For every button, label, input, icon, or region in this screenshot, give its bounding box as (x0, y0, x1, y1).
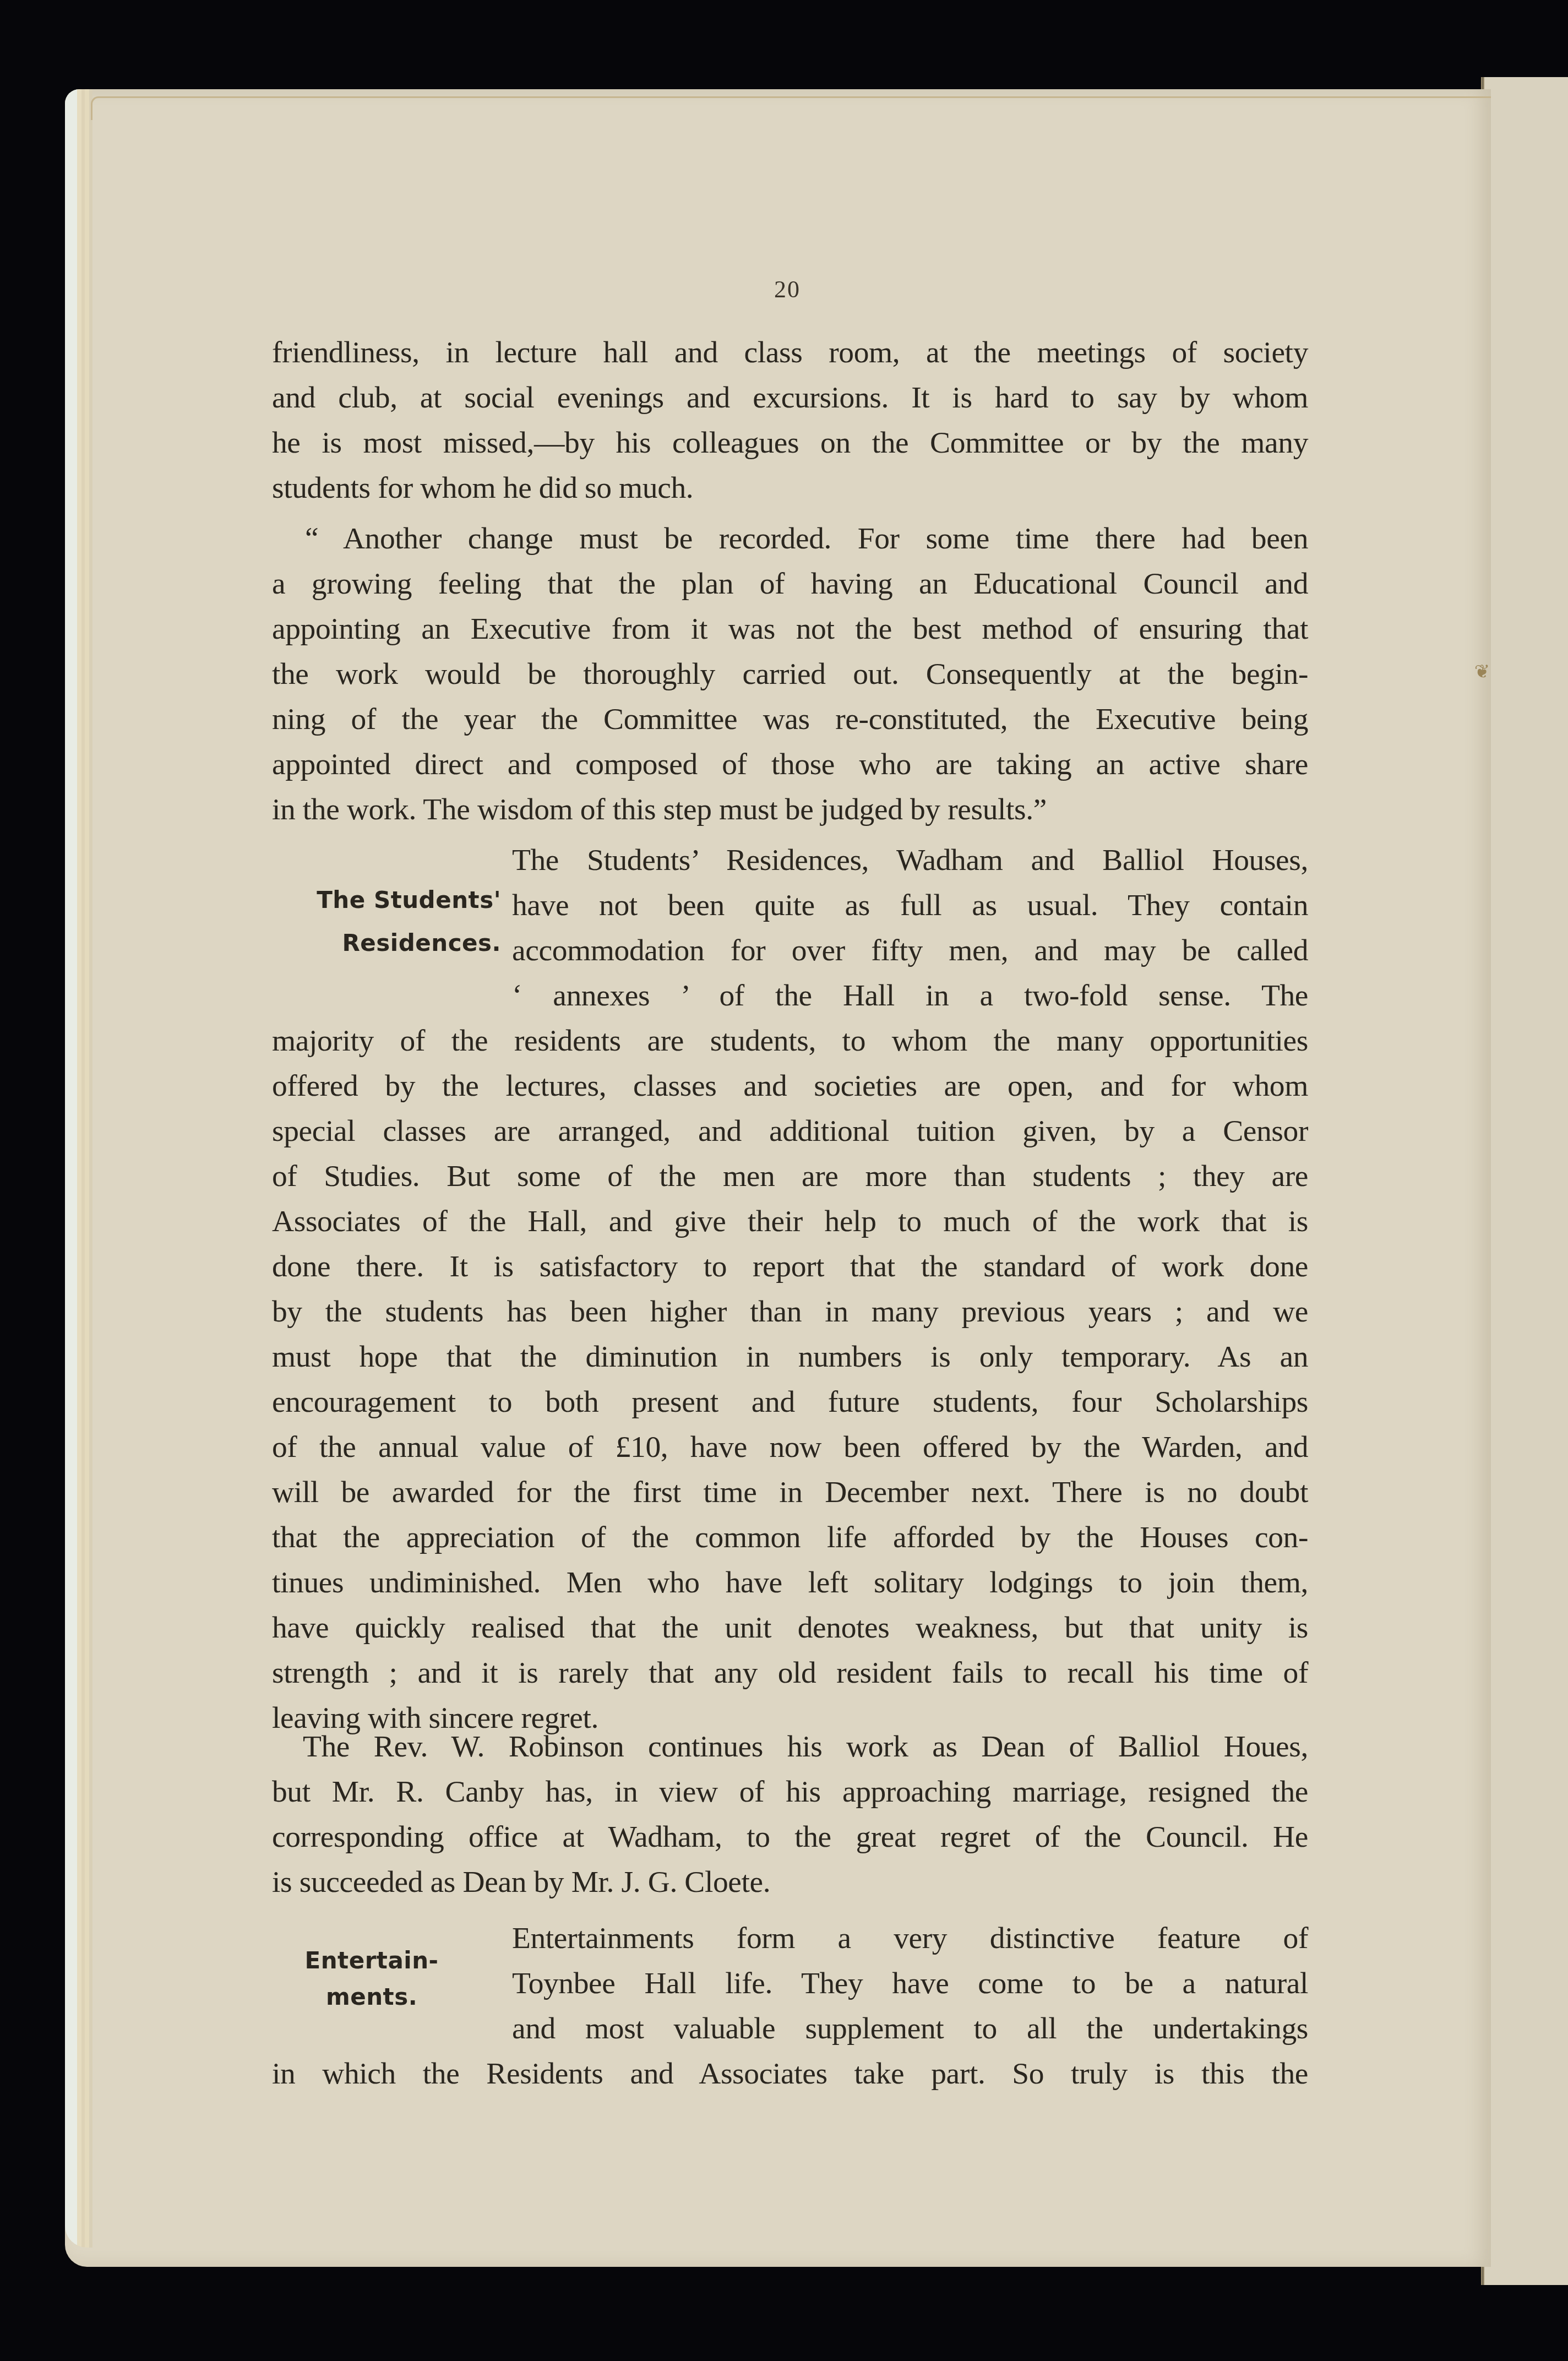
text-line: accommodation for over fifty men, and ma… (272, 928, 1308, 973)
text-line: a growing feeling that the plan of havin… (272, 562, 1308, 607)
text-line: in which the Residents and Associates ta… (272, 2052, 1308, 2097)
text-line: and most valuable supplement to all the … (272, 2006, 1308, 2052)
text-line: must hope that the diminution in numbers… (272, 1335, 1308, 1380)
text-line: that the appreciation of the common life… (272, 1515, 1308, 1560)
text-line: but Mr. R. Canby has, in view of his app… (272, 1770, 1308, 1815)
facing-page-edge (1484, 77, 1568, 2285)
text-line: done there. It is satisfactory to report… (272, 1244, 1308, 1290)
text-line: have quickly realised that the unit deno… (272, 1606, 1308, 1651)
text-line: Toynbee Hall life. They have come to be … (272, 1961, 1308, 2006)
page-number: 20 (754, 275, 820, 303)
page-edge-stack (65, 89, 92, 2248)
text-line: Entertainments form a very distinctive f… (272, 1916, 1308, 1961)
text-line: strength ; and it is rarely that any old… (272, 1651, 1308, 1696)
text-line: the work would be thoroughly carried out… (272, 652, 1308, 697)
text-line: corresponding office at Wadham, to the g… (272, 1815, 1308, 1860)
paragraph-another-change: “ Another change must be recorded. For s… (272, 516, 1308, 833)
text-line: will be awarded for the first time in De… (272, 1470, 1308, 1515)
text-line: encouragement to both present and future… (272, 1380, 1308, 1425)
text-line: majority of the residents are students, … (272, 1019, 1308, 1064)
text-line: he is most missed,—by his colleagues on … (272, 421, 1308, 466)
text-line: of the annual value of £10, have now bee… (272, 1425, 1308, 1470)
text-line: ning of the year the Committee was re-co… (272, 697, 1308, 742)
text-line: and club, at social evenings and excursi… (272, 376, 1308, 421)
page-inner-edge (91, 96, 1491, 120)
text-line: The Rev. W. Robinson continues his work … (272, 1724, 1308, 1770)
text-line: appointing an Executive from it was not … (272, 607, 1308, 652)
text-line: offered by the lectures, classes and soc… (272, 1064, 1308, 1109)
text-line: students for whom he did so much. (272, 466, 1308, 511)
text-line: tinues undiminished. Men who have left s… (272, 1560, 1308, 1606)
paragraph-rev-robinson: The Rev. W. Robinson continues his work … (272, 1724, 1308, 1905)
text-line: Associates of the Hall, and give their h… (272, 1199, 1308, 1244)
paragraph-friendliness: friendliness, in lecture hall and class … (272, 330, 1308, 511)
paragraph-students-residences: The Students’ Residences, Wadham and Bal… (272, 838, 1308, 1741)
text-line: ‘ annexes ’ of the Hall in a two-fold se… (272, 973, 1308, 1019)
paragraph-entertainments: Entertainments form a very distinctive f… (272, 1916, 1308, 2097)
text-line: by the students has been higher than in … (272, 1290, 1308, 1335)
binding-thread-icon: ❦ (1471, 661, 1493, 683)
text-line: “ Another change must be recorded. For s… (272, 516, 1308, 562)
text-line: in the work. The wisdom of this step mus… (272, 787, 1308, 833)
text-line: have not been quite as full as usual. Th… (272, 883, 1308, 928)
text-line: The Students’ Residences, Wadham and Bal… (272, 838, 1308, 883)
text-line: appointed direct and composed of those w… (272, 742, 1308, 787)
text-line: friendliness, in lecture hall and class … (272, 330, 1308, 376)
text-line: is succeeded as Dean by Mr. J. G. Cloete… (272, 1860, 1308, 1905)
text-line: special classes are arranged, and additi… (272, 1109, 1308, 1154)
text-line: of Studies. But some of the men are more… (272, 1154, 1308, 1199)
